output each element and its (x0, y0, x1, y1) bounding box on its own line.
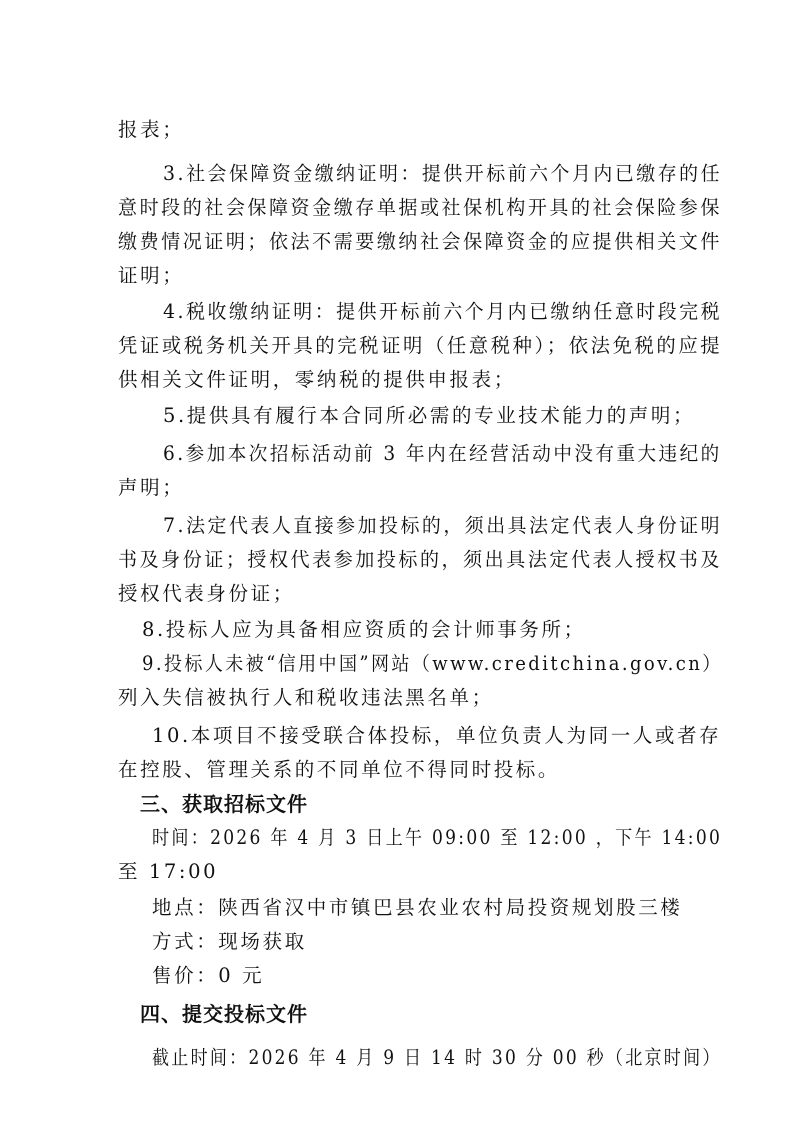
document-text-line: 列入失信被执行人和税收违法黑名单； (118, 686, 494, 710)
document-text-line: 在控股、管理关系的不同单位不得同时投标。 (118, 758, 560, 782)
document-text-line: 供相关文件证明，零纳税的提供申报表； (118, 368, 516, 392)
document-text-line: 9.投标人未被“信用中国”网站（www.creditchina.gov.cn） (142, 652, 723, 676)
document-text-line: 证明； (118, 264, 184, 288)
document-text-line: 报表； (118, 118, 184, 142)
document-text-line: 时间：2026 年 4 月 3 日上午 09:00 至 12:00 ，下午 14… (152, 826, 722, 850)
document-text-line: 凭证或税务机关开具的完税证明（任意税种）；依法免税的应提 (118, 334, 722, 358)
document-text-line: 缴费情况证明；依法不需要缴纳社会保障资金的应提供相关文件 (118, 230, 722, 254)
document-text-line: 书及身份证；授权代表参加投标的，须出具法定代表人授权书及 (118, 548, 722, 572)
document-text-line: 售价：0 元 (152, 964, 264, 988)
document-text-line: 6.参加本次招标活动前 3 年内在经营活动中没有重大违纪的 (163, 442, 722, 466)
document-text-line: 声明； (118, 476, 184, 500)
document-text-line: 至 17:00 (118, 860, 218, 884)
document-page: 报表；3.社会保障资金缴纳证明：提供开标前六个月内已缴存的任意时段的社会保障资金… (0, 0, 793, 1122)
document-text-line: 授权代表身份证； (118, 582, 295, 606)
document-text-line: 7.法定代表人直接参加投标的，须出具法定代表人身份证明 (163, 514, 722, 538)
document-text-line: 意时段的社会保障资金缴存单据或社保机构开具的社会保险参保 (118, 196, 722, 220)
document-text-line: 地点：陕西省汉中市镇巴县农业农村局投资规划股三楼 (152, 896, 682, 920)
document-text-line: 4.税收缴纳证明：提供开标前六个月内已缴纳任意时段完税 (163, 300, 722, 324)
document-text-line: 5.提供具有履行本合同所必需的专业技术能力的声明； (163, 404, 695, 428)
section-heading-obtain-docs: 三、获取招标文件 (140, 792, 308, 816)
document-text-line: 截止时间：2026 年 4 月 9 日 14 时 30 分 00 秒（北京时间） (152, 1046, 722, 1070)
document-text-line: 3.社会保障资金缴纳证明：提供开标前六个月内已缴存的任 (163, 162, 722, 186)
document-text-line: 10.本项目不接受联合体投标，单位负责人为同一人或者存 (152, 724, 721, 748)
document-text-line: 方式：现场获取 (152, 930, 307, 954)
document-text-line: 8.投标人应为具备相应资质的会计师事务所； (142, 618, 586, 642)
section-heading-submit-docs: 四、提交投标文件 (140, 1002, 308, 1026)
